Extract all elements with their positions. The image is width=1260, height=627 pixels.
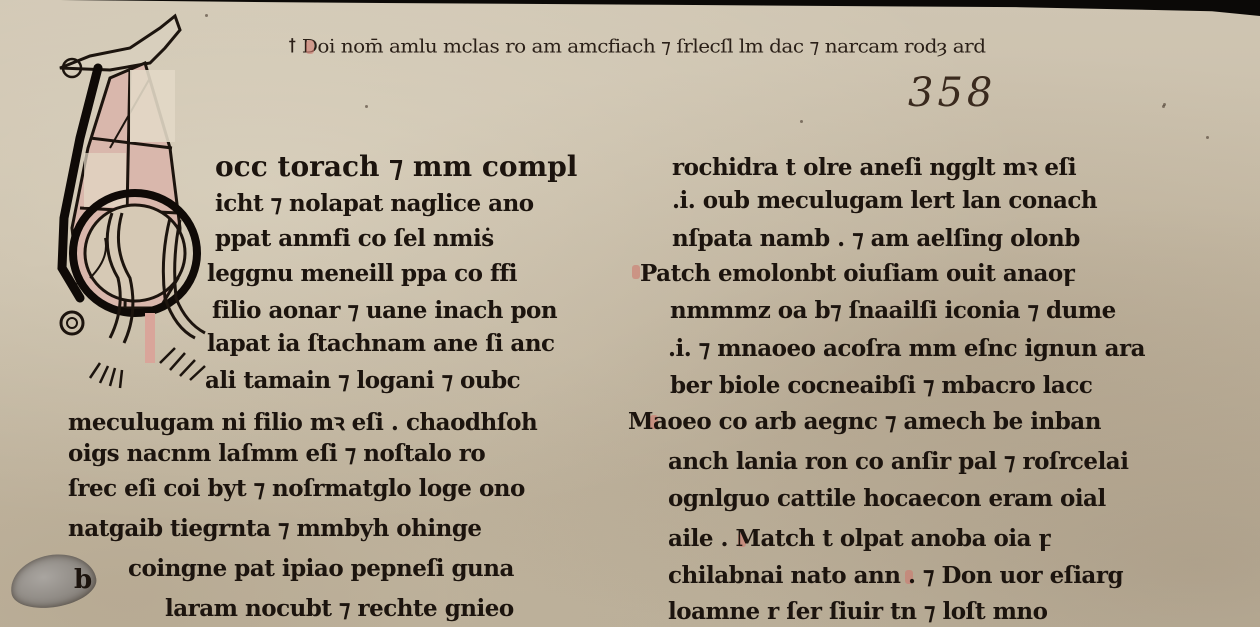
right-column-line: ber biole cocneaibſi ⁊ mbacro lacc: [670, 372, 1092, 399]
left-column-line: laram nocubt ⁊ rechte gnieo: [165, 595, 514, 622]
header-line: ꝉ Doi nom̄ amlu mclas ro am amcfiach ⁊ ſ…: [288, 35, 986, 58]
right-column-line: anch lania ron co anſir pal ⁊ roſrcelai: [668, 448, 1128, 475]
folio-number: 358: [908, 70, 996, 116]
right-column-line: Maoeo co arb aegnc ⁊ amech be inban: [628, 408, 1101, 435]
right-column-line: nmmmz oa b⁊ ſnaailſi iconia ⁊ dume: [670, 297, 1116, 324]
right-column-line: ognlguo cattile hocaecon eram oial: [668, 485, 1106, 512]
right-column-line: .i. ⁊ mnaoeo acoſra mm eſnc ignun ara: [668, 335, 1145, 362]
left-column-line: icht ⁊ nolapat naglice ano: [215, 190, 534, 217]
left-column-line: ſrec eſi coi byt ⁊ noſrmatglo loge ono: [68, 475, 525, 502]
right-column-line: nſpata namb . ⁊ am aelſing olonb: [672, 225, 1080, 252]
right-column-line: aile . Match t olpat anoba oia ꝼ: [668, 525, 1050, 552]
left-column-line: ali tamain ⁊ logani ⁊ oubc: [205, 367, 520, 394]
left-column-line: oigs nacnm laſmm eſi ⁊ noſtalo ro: [68, 440, 485, 467]
left-column-line: lapat ia ſtachnam ane ſi anc: [207, 330, 555, 357]
left-column-line: natgaib tiegrnta ⁊ mmbyh ohinge: [68, 515, 482, 542]
left-column-line: occ torach ⁊ mm compl: [215, 150, 577, 183]
left-column-line: ppat anmfi co ſel nmiṡ: [215, 225, 494, 252]
right-column-line: .i. oub meculugam lert lan conach: [672, 187, 1097, 214]
decorated-initial-icon: [50, 8, 220, 393]
right-column-line: loamne r ſer ſiuir tn ⁊ loſt mno: [668, 598, 1047, 625]
parchment-speck: [1206, 136, 1209, 139]
right-column-line: chilabnai nato ann . ⁊ Don uor eſiarg: [668, 562, 1123, 589]
left-column-line: leggnu meneill ppa co ffi: [207, 260, 517, 287]
red-wash-accent: [632, 265, 640, 279]
red-wash-accent: [306, 40, 314, 54]
right-column-line: rochidra t olre aneſi ngglt mꝛ eſi: [672, 150, 1076, 182]
parchment-speck: [800, 120, 803, 123]
page-top-shadow-edge: [60, 0, 1260, 16]
parchment-speck: [1162, 105, 1165, 108]
right-column-line: Patch emolonbt oiuſiam ouit anaoꝼ: [640, 260, 1074, 287]
left-column-line: coingne pat ipiao pepneſi guna: [128, 555, 514, 582]
left-column-line: filio aonar ⁊ uane inach pon: [212, 297, 557, 324]
manuscript-page: ꝉ Doi nom̄ amlu mclas ro am amcfiach ⁊ ſ…: [0, 0, 1260, 627]
left-column-line: meculugam ni filio mꝛ eſi . chaodhſoh: [68, 405, 537, 437]
marginal-letter: b: [74, 565, 92, 595]
parchment-speck: [365, 105, 368, 108]
